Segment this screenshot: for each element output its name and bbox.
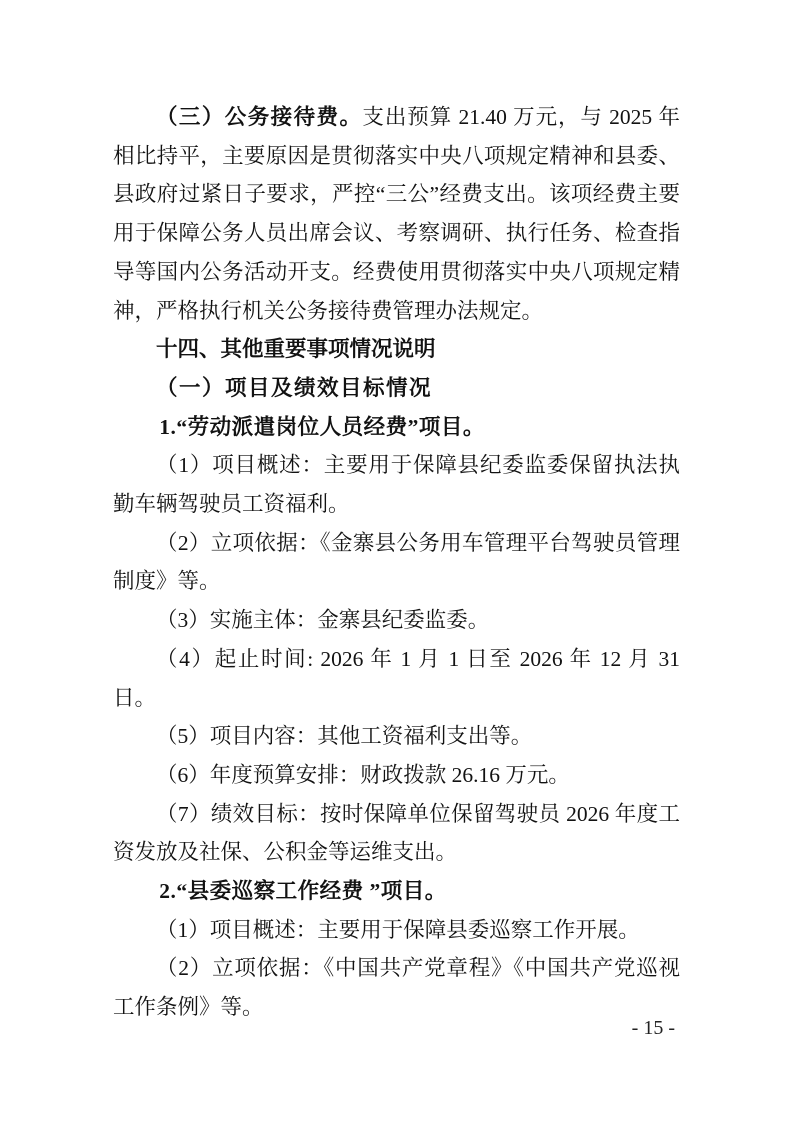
project1-item-content: （5）项目内容：其他工资福利支出等。 bbox=[113, 717, 680, 756]
document-body: （三）公务接待费。支出预算 21.40 万元，与 2025 年相比持平，主要原因… bbox=[113, 98, 680, 1027]
project2-item-overview: （1）项目概述：主要用于保障县委巡察工作开展。 bbox=[113, 911, 680, 950]
para-official-reception-expense: （三）公务接待费。支出预算 21.40 万元，与 2025 年相比持平，主要原因… bbox=[113, 98, 680, 330]
project1-item-duration: （4）起止时间: 2026 年 1 月 1 日至 2026 年 12 月 31 … bbox=[113, 640, 680, 717]
project1-item-performance: （7）绩效目标：按时保障单位保留驾驶员 2026 年度工资发放及社保、公积金等运… bbox=[113, 795, 680, 872]
project1-item-overview: （1）项目概述：主要用于保障县纪委监委保留执法执勤车辆驾驶员工资福利。 bbox=[113, 446, 680, 523]
heading-section-fourteen: 十四、其他重要事项情况说明 bbox=[113, 330, 680, 369]
heading-project-performance: （一）项目及绩效目标情况 bbox=[113, 369, 680, 408]
project1-item-basis: （2）立项依据：《金寨县公务用车管理平台驾驶员管理制度》等。 bbox=[113, 524, 680, 601]
project1-item-budget: （6）年度预算安排：财政拨款 26.16 万元。 bbox=[113, 756, 680, 795]
project2-title: 2.“县委巡察工作经费 ”项目。 bbox=[113, 872, 680, 911]
document-page: （三）公务接待费。支出预算 21.40 万元，与 2025 年相比持平，主要原因… bbox=[0, 0, 793, 1122]
para-official-reception-lead: （三）公务接待费。 bbox=[156, 105, 362, 129]
project1-item-entity: （3）实施主体：金寨县纪委监委。 bbox=[113, 601, 680, 640]
project1-title: 1.“劳动派遣岗位人员经费”项目。 bbox=[113, 408, 680, 447]
page-number: - 15 - bbox=[632, 1017, 675, 1039]
page-footer: - 15 - bbox=[0, 1014, 793, 1042]
para-official-reception-text: 支出预算 21.40 万元，与 2025 年相比持平，主要原因是贯彻落实中央八项… bbox=[113, 105, 680, 323]
